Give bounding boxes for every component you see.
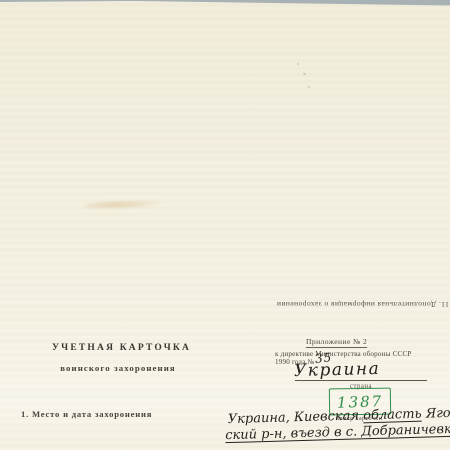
card-subtitle: воинского захоронения [52,363,184,373]
card-title-block: УЧЕТНАЯ КАРТОЧКА воинского захоронения [52,343,184,373]
flipped-section-11-heading: 11. Дополнительная информация о захороне… [221,297,449,309]
paper-sheet: 11. Дополнительная информация о захороне… [0,0,450,450]
ink-speck [297,63,299,65]
handwritten-burial-location: Украина, Киевская область Яготин- ский р… [228,406,450,444]
burial-location-line1-underlined: область [363,407,422,424]
section-1-place-date-label: 1. Место и дата захоронения [21,409,152,419]
card-title: УЧЕТНАЯ КАРТОЧКА [52,343,184,353]
appendix-directive-label: к директиве Министерства обороны СССР [275,350,412,358]
burial-location-line1-end: Яготин- [421,405,450,422]
handwritten-country: Украина [294,359,381,381]
ink-speck [303,72,307,75]
ink-speck [308,86,310,88]
country-underline [295,380,427,381]
paper-stain [84,199,166,211]
scanned-burial-record-card: 11. Дополнительная информация о захороне… [0,0,450,450]
appendix-number-label: Приложение № 2 [306,337,367,348]
